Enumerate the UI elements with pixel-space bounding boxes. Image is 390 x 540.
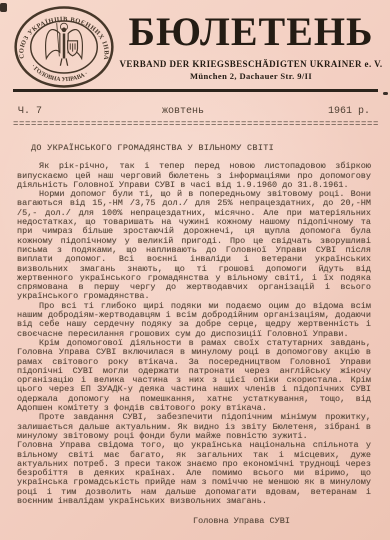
scan-artifact — [0, 3, 7, 12]
header-divider-rule — [13, 89, 378, 92]
issue-month: жовтень — [18, 106, 348, 117]
scan-artifact — [383, 92, 388, 95]
organization-name-german: VERBAND DER KRIEGSBESCHÄDIGTEN UKRAINER … — [118, 59, 384, 69]
archangel-michael-icon — [46, 23, 83, 66]
svg-text:СОЮЗ УКРАЇНЦІВ ВОЄННИХ ІНВАЛІД: СОЮЗ УКРАЇНЦІВ ВОЄННИХ ІНВАЛІДІВ — [12, 4, 110, 61]
body-heading: ДО УКРАЇНСЬКОГО ГРОМАДЯНСТВА У ВІЛЬНОМУ … — [31, 144, 371, 153]
paragraph: Проте завдання СУВІ, забезпечити підопіч… — [17, 413, 371, 441]
seal-top-text: СОЮЗ УКРАЇНЦІВ ВОЄННИХ ІНВАЛІДІВ — [12, 4, 110, 61]
paragraph: Як рік-річно, так і тепер перед новою ли… — [17, 162, 371, 190]
organization-seal: СОЮЗ УКРАЇНЦІВ ВОЄННИХ ІНВАЛІДІВ · ГОЛОВ… — [12, 4, 116, 90]
organization-address: München 2, Dachauer Str. 9/II — [118, 71, 384, 81]
bulletin-title: БЮЛЕТЕНЬ — [118, 10, 384, 54]
paragraph: Крім допомогової діяльности в рамах свої… — [17, 339, 371, 413]
paragraph: Норми допомог були ті, що й в попередньо… — [17, 190, 371, 302]
document-body: ДО УКРАЇНСЬКОГО ГРОМАДЯНСТВА У ВІЛЬНОМУ … — [17, 144, 371, 527]
signature: Головна Управа СУВІ — [193, 517, 371, 526]
issue-year: 1961 р. — [328, 106, 370, 117]
bulletin-page: СОЮЗ УКРАЇНЦІВ ВОЄННИХ ІНВАЛІДІВ · ГОЛОВ… — [0, 0, 390, 540]
dashed-separator: ========================================… — [13, 119, 379, 129]
issue-line: Ч. 7 жовтень 1961 р. — [18, 106, 372, 120]
paragraph: Головна Управа свідома того, що українсь… — [17, 441, 371, 506]
paragraph: Про всі ті глибоко щирі подяки ми подаєм… — [17, 302, 371, 339]
masthead: БЮЛЕТЕНЬ VERBAND DER KRIEGSBESCHÄDIGTEN … — [118, 10, 384, 81]
